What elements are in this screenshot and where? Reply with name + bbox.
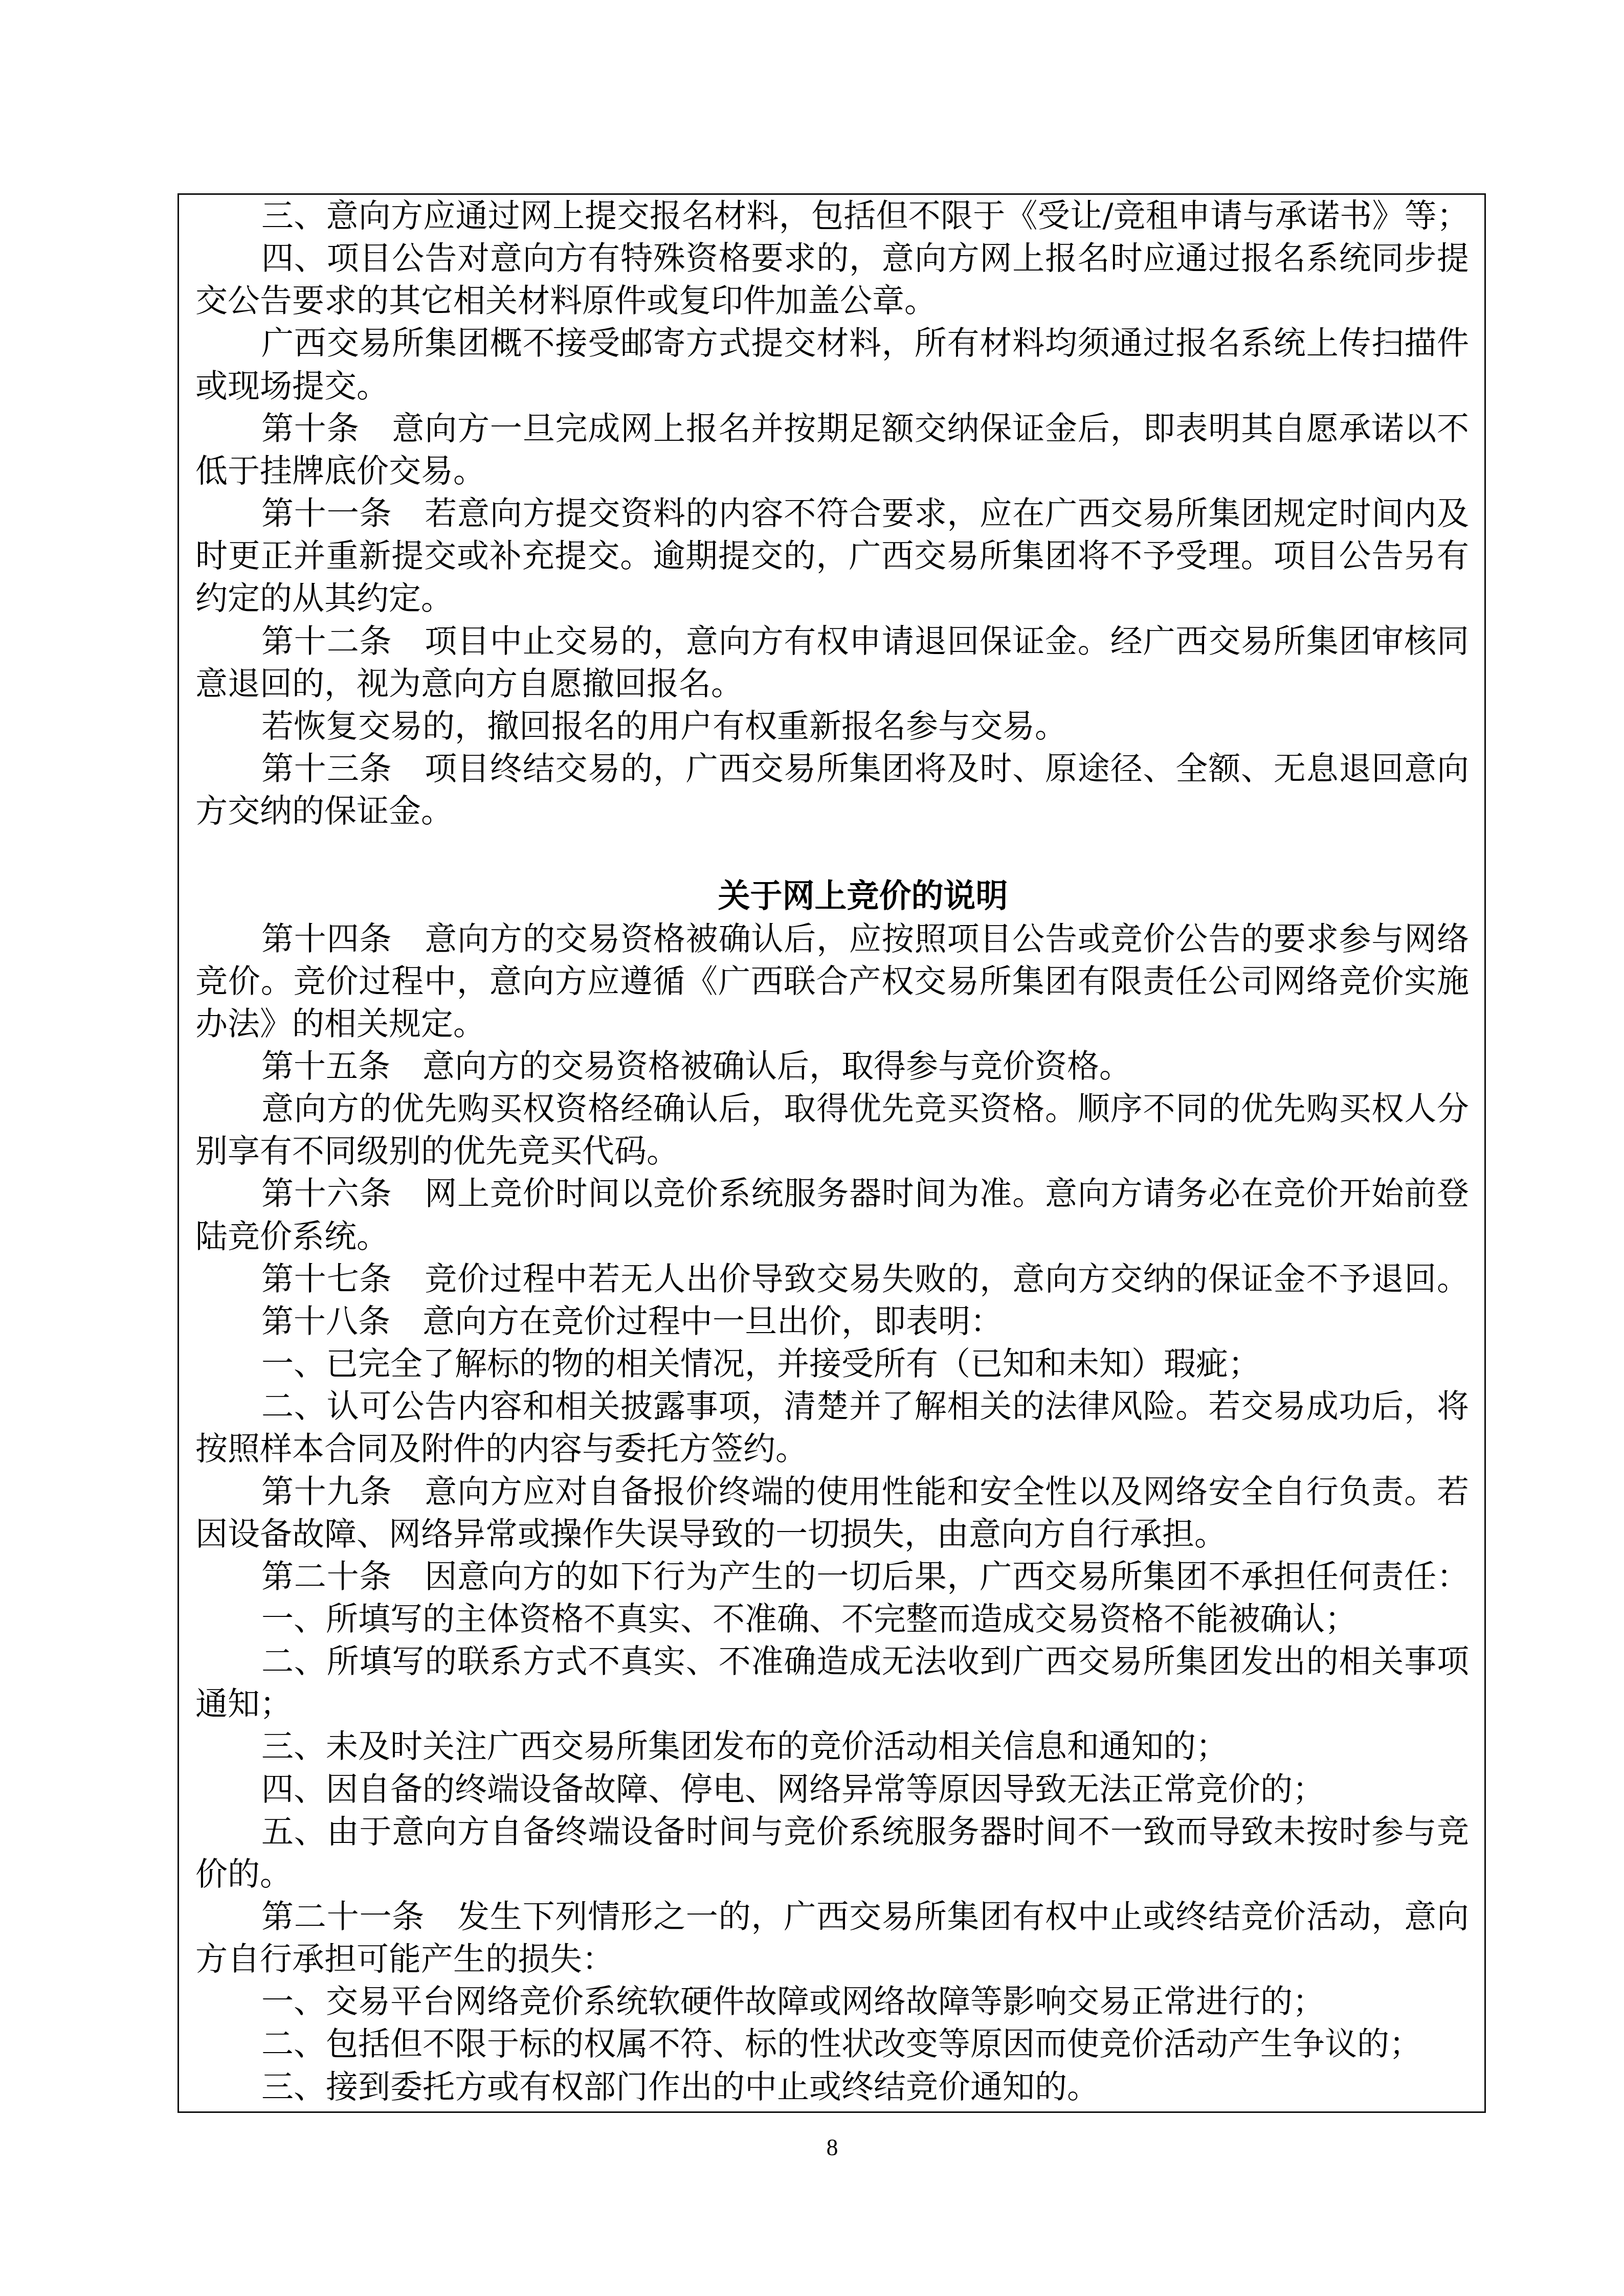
- paragraph-first-line: 第十六条 网上竞价时间以竞价系统服务器时间为准。意向方请务必在竞价开始前登: [195, 1172, 1469, 1214]
- paragraph-first-line: 第二十一条 发生下列情形之一的，广西交易所集团有权中止或终结竞价活动，意向: [195, 1895, 1469, 1938]
- paragraph-first-line: 一、所填写的主体资格不真实、不准确、不完整而造成交易资格不能被确认；: [195, 1597, 1357, 1640]
- paragraph-continuation-line: 方自行承担可能产生的损失：: [195, 1938, 614, 1980]
- page-number: 8: [812, 2133, 853, 2162]
- paragraph-continuation-line: 或现场提交。: [195, 365, 389, 407]
- paragraph-first-line: 若恢复交易的，撤回报名的用户有权重新报名参与交易。: [195, 705, 1067, 747]
- paragraph-first-line: 三、意向方应通过网上提交报名材料，包括但不限于《受让/竞租申请与承诺书》等；: [195, 194, 1469, 237]
- paragraph-first-line: 第十五条 意向方的交易资格被确认后，取得参与竞价资格。: [195, 1045, 1131, 1087]
- paragraph-first-line: 第十四条 意向方的交易资格被确认后，应按照项目公告或竞价公告的要求参与网络: [195, 917, 1469, 960]
- paragraph-first-line: 三、未及时关注广西交易所集团发布的竞价活动相关信息和通知的；: [195, 1725, 1228, 1767]
- paragraph-first-line: 广西交易所集团概不接受邮寄方式提交材料，所有材料均须通过报名系统上传扫描件: [195, 322, 1469, 364]
- paragraph-first-line: 四、因自备的终端设备故障、停电、网络异常等原因导致无法正常竞价的；: [195, 1768, 1325, 1810]
- paragraph-continuation-line: 方交纳的保证金。: [195, 790, 453, 832]
- paragraph-first-line: 第十一条 若意向方提交资料的内容不符合要求，应在广西交易所集团规定时间内及: [195, 492, 1469, 534]
- paragraph-continuation-line: 因设备故障、网络异常或操作失误导致的一切损失，由意向方自行承担。: [195, 1513, 1227, 1555]
- paragraph-continuation-line: 办法》的相关规定。: [195, 1002, 485, 1045]
- paragraph-continuation-line: 陆竞价系统。: [195, 1215, 389, 1257]
- paragraph-continuation-line: 价的。: [195, 1853, 292, 1895]
- paragraph-first-line: 意向方的优先购买权资格经确认后，取得优先竞买资格。顺序不同的优先购买权人分: [195, 1087, 1469, 1130]
- paragraph-first-line: 二、认可公告内容和相关披露事项，清楚并了解相关的法律风险。若交易成功后，将: [195, 1385, 1469, 1427]
- paragraph-first-line: 三、接到委托方或有权部门作出的中止或终结竞价通知的。: [195, 2065, 1099, 2108]
- document-page: 三、意向方应通过网上提交报名材料，包括但不限于《受让/竞租申请与承诺书》等；四、…: [0, 0, 1624, 2296]
- paragraph-continuation-line: 低于挂牌底价交易。: [195, 449, 485, 492]
- paragraph-first-line: 二、包括但不限于标的权属不符、标的性状改变等原因而使竞价活动产生争议的；: [195, 2022, 1421, 2065]
- paragraph-first-line: 第二十条 因意向方的如下行为产生的一切后果，广西交易所集团不承担任何责任：: [195, 1555, 1469, 1597]
- paragraph-first-line: 四、项目公告对意向方有特殊资格要求的，意向方网上报名时应通过报名系统同步提: [195, 237, 1469, 279]
- paragraph-first-line: 第十三条 项目终结交易的，广西交易所集团将及时、原途径、全额、无息退回意向: [195, 747, 1469, 790]
- paragraph-continuation-line: 约定的从其约定。: [195, 577, 453, 619]
- paragraph-first-line: 一、交易平台网络竞价系统软硬件故障或网络故障等影响交易正常进行的；: [195, 1980, 1325, 2022]
- paragraph-first-line: 第十八条 意向方在竞价过程中一旦出价，即表明：: [195, 1300, 1003, 1342]
- paragraph-continuation-line: 别享有不同级别的优先竞买代码。: [195, 1130, 679, 1172]
- paragraph-first-line: 第十七条 竞价过程中若无人出价导致交易失败的，意向方交纳的保证金不予退回。: [195, 1257, 1469, 1300]
- paragraph-continuation-line: 按照样本合同及附件的内容与委托方签约。: [195, 1427, 808, 1470]
- paragraph-continuation-line: 通知；: [195, 1682, 292, 1725]
- paragraph-continuation-line: 竞价。竞价过程中，意向方应遵循《广西联合产权交易所集团有限责任公司网络竞价实施: [195, 960, 1469, 1002]
- paragraph-continuation-line: 交公告要求的其它相关材料原件或复印件加盖公章。: [195, 279, 937, 322]
- paragraph-first-line: 一、已完全了解标的物的相关情况，并接受所有（已知和未知）瑕疵；: [195, 1342, 1260, 1385]
- paragraph-first-line: 第十二条 项目中止交易的，意向方有权申请退回保证金。经广西交易所集团审核同: [195, 620, 1469, 662]
- paragraph-first-line: 五、由于意向方自备终端设备时间与竞价系统服务器时间不一致而导致未按时参与竞: [195, 1810, 1469, 1853]
- section-heading: 关于网上竞价的说明: [195, 874, 1469, 917]
- paragraph-first-line: 二、所填写的联系方式不真实、不准确造成无法收到广西交易所集团发出的相关事项: [195, 1640, 1469, 1682]
- paragraph-continuation-line: 时更正并重新提交或补充提交。逾期提交的，广西交易所集团将不予受理。项目公告另有: [195, 534, 1469, 577]
- paragraph-first-line: 第十九条 意向方应对自备报价终端的使用性能和安全性以及网络安全自行负责。若: [195, 1470, 1469, 1513]
- paragraph-first-line: 第十条 意向方一旦完成网上报名并按期足额交纳保证金后，即表明其自愿承诺以不: [195, 407, 1469, 449]
- paragraph-continuation-line: 意退回的，视为意向方自愿撤回报名。: [195, 662, 743, 705]
